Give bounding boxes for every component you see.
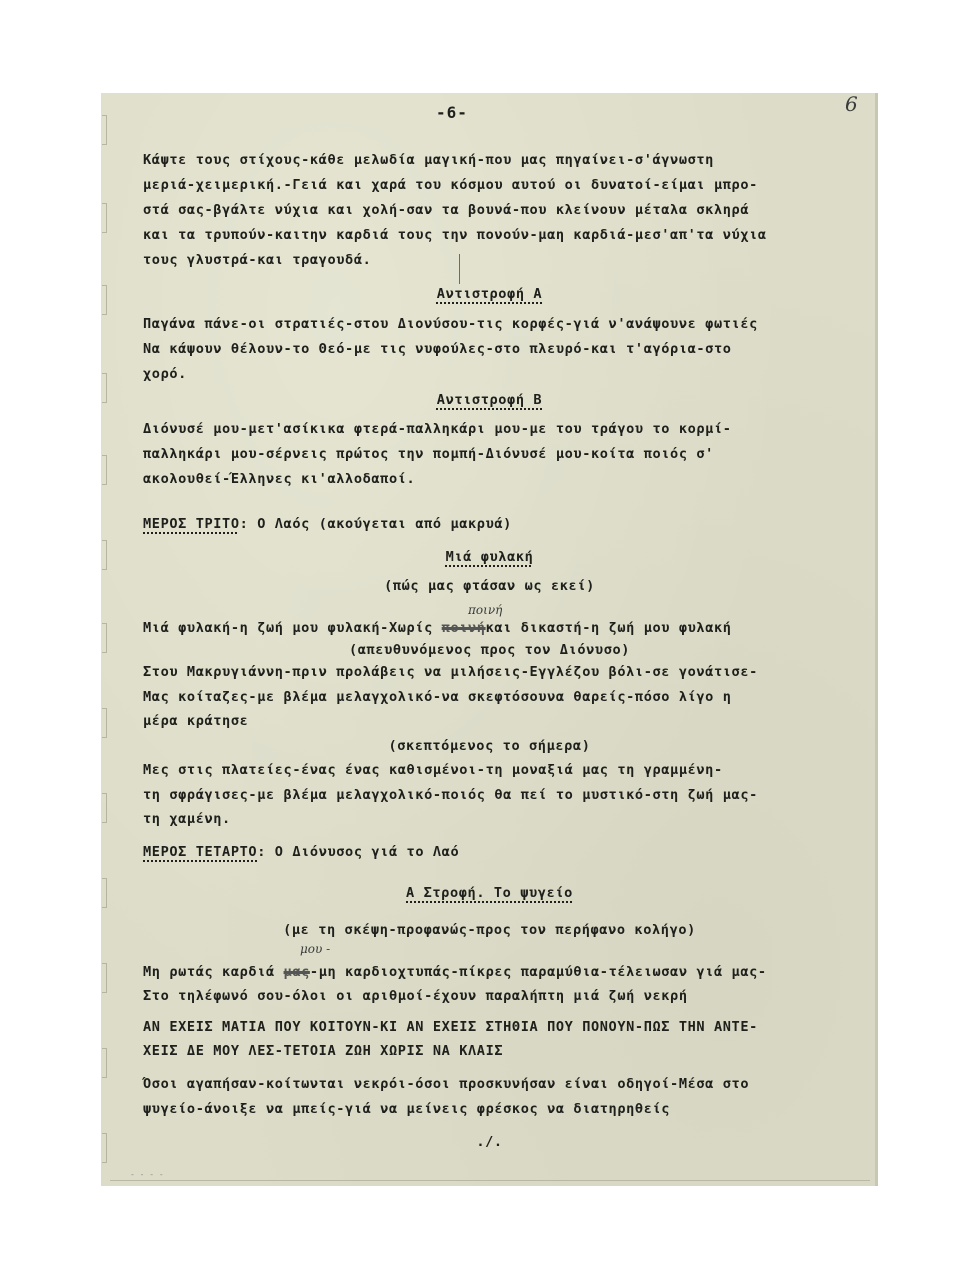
heading-strofi: Α Στροφή. Το ψυγείο <box>406 885 573 901</box>
section-heading: Αντιστροφή Α <box>0 286 979 302</box>
text-line: Παγάνα πάνε-οι στρατιές-στου Διονύσου-τι… <box>143 316 758 332</box>
text-line: Μιά φυλακή-η ζωή μου φυλακή-Χωρίς ποινήκ… <box>143 620 732 636</box>
text-line: παλληκάρι μου-σέρνεις πρώτος την πομπή-Δ… <box>143 446 714 462</box>
text-line: Κάψτε τους στίχους-κάθε μελωδία μαγική-π… <box>143 152 714 168</box>
heading-antistrofi-b: Αντιστροφή Β <box>437 392 542 408</box>
text-line: Στου Μακρυγιάννη-πριν προλάβεις να μιλήσ… <box>143 664 758 680</box>
section-3-label: ΜΕΡΟΣ ΤΡΙΤΟ <box>143 516 240 532</box>
text-line: στά σας-βγάλτε νύχια και χολή-σαν τα βου… <box>143 202 749 218</box>
text-line: Διόνυσέ μου-μετ'ασίκικα φτερά-παλληκάρι … <box>143 421 732 437</box>
binder-mark <box>102 1048 107 1078</box>
binder-mark <box>102 708 107 738</box>
text-line: Μας κοίταζες-με βλέμα μελαγχολικό-να σκε… <box>143 689 732 705</box>
binder-marks <box>101 93 109 1186</box>
text-line: τη χαμένη. <box>143 811 231 827</box>
poem-heading: Μιά φυλακή <box>0 549 979 565</box>
struck-word: μας <box>284 964 310 980</box>
caps-line: ΧΕΙΣ ΔΕ ΜΟΥ ΛΕΣ-ΤΕΤΟΙΑ ΖΩΗ ΧΩΡΙΣ ΝΑ ΚΛΑΙ… <box>143 1043 503 1059</box>
handwritten-insert: μου - <box>300 942 330 956</box>
text-line: Μες στις πλατείες-ένας ένας καθισμένοι-τ… <box>143 762 723 778</box>
pencil-mark <box>459 254 460 284</box>
poem-heading: Α Στροφή. Το ψυγείο <box>0 885 979 901</box>
section-4-label: ΜΕΡΟΣ ΤΕΤΑΡΤΟ <box>143 844 257 860</box>
text-line: Μη ρωτάς καρδιά μας-μη καρδιοχτυπάς-πίκρ… <box>143 964 767 980</box>
binder-mark <box>102 203 107 233</box>
page-number: -6- <box>436 103 468 122</box>
text-line: Όσοι αγαπήσαν-κοίτωνται νεκρόι-όσοι προσ… <box>143 1076 749 1092</box>
text-line: χορό. <box>143 366 187 382</box>
section-3-rest: : Ο Λαός (ακούγεται από μακρυά) <box>240 516 512 532</box>
heading-antistrofi-a: Αντιστροφή Α <box>437 286 542 302</box>
stage-direction: (σκεπτόμενος το σήμερα) <box>0 738 979 754</box>
struck-word: ποινή <box>442 620 486 636</box>
text-line: μεριά-χειμερική.-Γειά και χαρά του κόσμο… <box>143 177 758 193</box>
binder-mark <box>102 115 107 145</box>
end-mark: ./. <box>0 1134 979 1150</box>
section-3-title: ΜΕΡΟΣ ΤΡΙΤΟ: Ο Λαός (ακούγεται από μακρυ… <box>143 516 512 532</box>
binder-mark <box>102 455 107 485</box>
binder-mark <box>102 963 107 993</box>
bottom-rule <box>110 1180 870 1181</box>
section-4-rest: : Ο Διόνυσος γιά το Λαό <box>257 844 459 860</box>
stage-direction: (απευθυνόμενος προς τον Διόνυσο) <box>0 642 979 658</box>
text-segment: -μη καρδιοχτυπάς-πίκρες παραμύθια-τέλειω… <box>310 964 767 980</box>
text-line: τη σφράγισες-με βλέμα μελαγχολικό-ποιός … <box>143 787 758 803</box>
handwritten-page-number: 6 <box>845 92 858 116</box>
caps-line: ΑΝ ΕΧΕΙΣ ΜΑΤΙΑ ΠΟΥ ΚΟΙΤΟΥΝ-ΚΙ ΑΝ ΕΧΕΙΣ Σ… <box>143 1019 758 1035</box>
heading-mia-fylaki: Μιά φυλακή <box>446 549 534 565</box>
text-line: Στο τηλέφωνό σου-όλοι οι αριθμοί-έχουν π… <box>143 988 688 1004</box>
poem-subtitle: (με τη σκέψη-προφανώς-προς τον περήφανο … <box>0 922 979 938</box>
text-segment: Μη ρωτάς καρδιά <box>143 964 284 980</box>
binder-mark <box>102 793 107 823</box>
text-line: ακολουθεί-Έλληνες κι'αλλοδαποί. <box>143 471 415 487</box>
poem-subtitle: (πώς μας φτάσαν ως εκεί) <box>0 578 979 594</box>
text-line: ψυγείο-άνοιξε να μπείς-γιά να μείνεις φρ… <box>143 1101 670 1117</box>
text-line: μέρα κράτησε <box>143 713 248 729</box>
text-line: Να κάψουν θέλουν-το Θεό-με τις νυφούλες-… <box>143 341 732 357</box>
text-line: και τα τρυπούν-καιτην καρδιά τους την πο… <box>143 227 767 243</box>
section-4-title: ΜΕΡΟΣ ΤΕΤΑΡΤΟ: Ο Διόνυσος γιά το Λαό <box>143 844 459 860</box>
section-heading: Αντιστροφή Β <box>0 392 979 408</box>
text-segment: Μιά φυλακή-η ζωή μου φυλακή-Χωρίς <box>143 620 442 636</box>
page-edge <box>875 93 878 1186</box>
handwritten-insert: ποινή <box>468 603 502 617</box>
text-segment: και δικαστή-η ζωή μου φυλακή <box>486 620 732 636</box>
bottom-dashes: - - - - <box>130 1170 164 1179</box>
text-line: τους γλυστρά-και τραγουδά. <box>143 252 371 268</box>
